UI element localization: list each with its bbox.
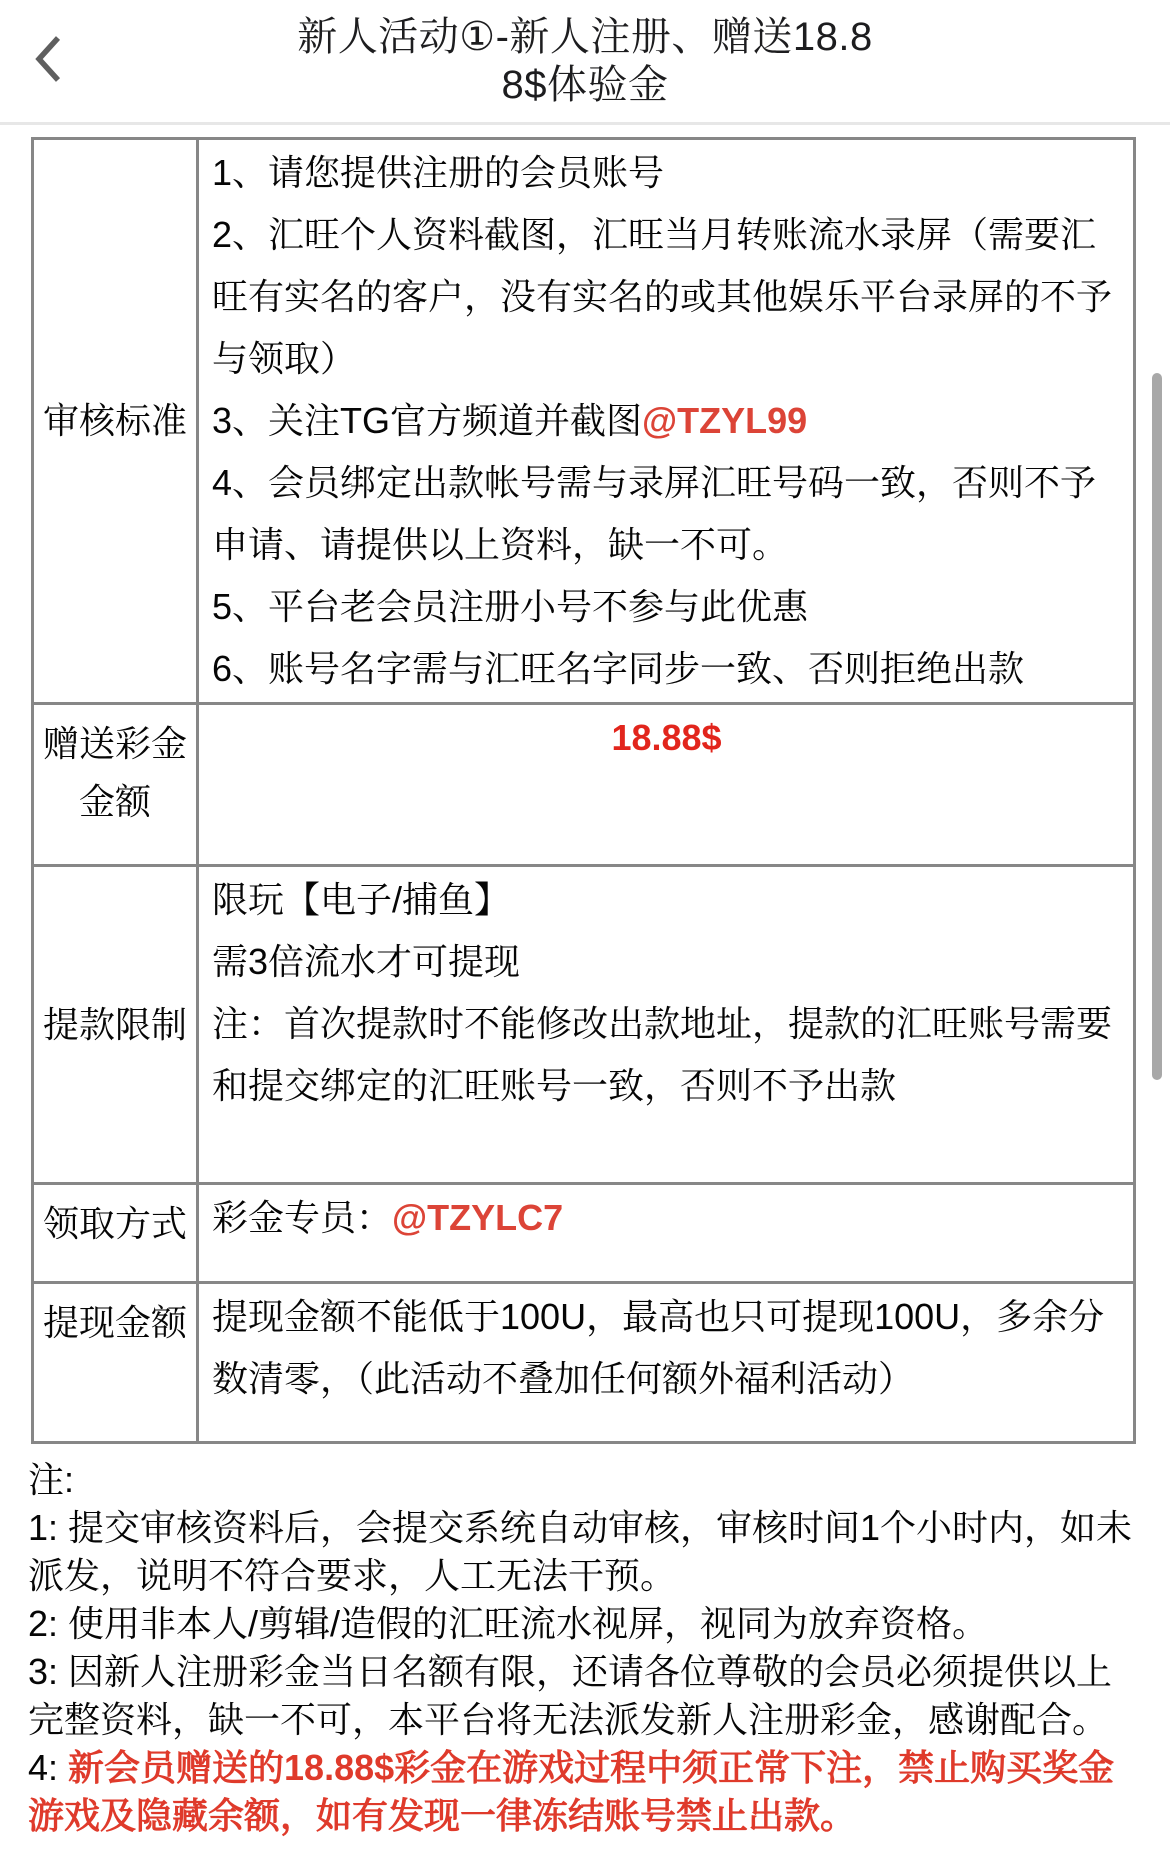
row-label-withdrawal-amount: 提现金额 bbox=[33, 1283, 198, 1443]
note-item-2: 2: 使用非本人/剪辑/造假的汇旺流水视屏，视同为放弃资格。 bbox=[28, 1600, 1140, 1648]
row-label-withdrawal-limit: 提款限制 bbox=[33, 866, 198, 1184]
note-item-4-warning-text: 新会员赠送的18.88$彩金在游戏过程中须正常下注，禁止购买奖金游戏及隐藏余额，… bbox=[28, 1747, 1114, 1836]
bonus-agent-handle-link[interactable]: @TZYLC7 bbox=[392, 1197, 563, 1238]
table-row-review-criteria: 审核标准 1、请您提供注册的会员账号 2、汇旺个人资料截图，汇旺当月转账流水录屏… bbox=[33, 139, 1135, 704]
activity-rules-table: 审核标准 1、请您提供注册的会员账号 2、汇旺个人资料截图，汇旺当月转账流水录屏… bbox=[31, 137, 1136, 1444]
note-item-1: 1: 提交审核资料后，会提交系统自动审核，审核时间1个小时内，如未派发，说明不符… bbox=[28, 1504, 1140, 1600]
note-item-4: 4: 新会员赠送的18.88$彩金在游戏过程中须正常下注，禁止购买奖金游戏及隐藏… bbox=[28, 1744, 1140, 1840]
criteria-item-6: 6、账号名字需与汇旺名字同步一致、否则拒绝出款 bbox=[212, 638, 1121, 700]
criteria-item-3-text: 3、关注TG官方频道并截图 bbox=[212, 400, 642, 441]
page-title-line-1: 新人活动①-新人注册、赠送18.8 bbox=[297, 15, 873, 59]
withdrawal-amount-text: 提现金额不能低于100U，最高也只可提现100U，多余分数清零，（此活动不叠加任… bbox=[212, 1286, 1121, 1410]
notes-section: 注: 1: 提交审核资料后，会提交系统自动审核，审核时间1个小时内，如未派发，说… bbox=[28, 1456, 1140, 1840]
claim-method-text: 彩金专员： bbox=[212, 1197, 392, 1238]
withdrawal-amount-content: 提现金额不能低于100U，最高也只可提现100U，多余分数清零，（此活动不叠加任… bbox=[198, 1283, 1135, 1443]
note-item-4-prefix: 4: bbox=[28, 1747, 68, 1788]
notes-title: 注: bbox=[28, 1456, 1140, 1504]
row-label-claim-method: 领取方式 bbox=[33, 1184, 198, 1283]
review-criteria-content: 1、请您提供注册的会员账号 2、汇旺个人资料截图，汇旺当月转账流水录屏（需要汇旺… bbox=[198, 139, 1135, 704]
criteria-item-3: 3、关注TG官方频道并截图@TZYL99 bbox=[212, 390, 1121, 452]
page-title-line-2: 8$体验金 bbox=[502, 63, 669, 107]
limit-line-1: 限玩【电子/捕鱼】 bbox=[212, 869, 1121, 931]
table-row-claim-method: 领取方式 彩金专员：@TZYLC7 bbox=[33, 1184, 1135, 1283]
limit-line-2: 需3倍流水才可提现 bbox=[212, 931, 1121, 993]
criteria-item-2: 2、汇旺个人资料截图，汇旺当月转账流水录屏（需要汇旺有实名的客户，没有实名的或其… bbox=[212, 204, 1121, 390]
row-label-bonus-amount: 赠送彩金金额 bbox=[33, 704, 198, 866]
withdrawal-limit-content: 限玩【电子/捕鱼】 需3倍流水才可提现 注：首次提款时不能修改出款地址，提款的汇… bbox=[198, 866, 1135, 1184]
criteria-item-4: 4、会员绑定出款帐号需与录屏汇旺号码一致，否则不予申请、请提供以上资料，缺一不可… bbox=[212, 452, 1121, 576]
row-label-review-criteria: 审核标准 bbox=[33, 139, 198, 704]
back-button[interactable] bbox=[18, 26, 78, 92]
bonus-amount-value: 18.88$ bbox=[198, 704, 1135, 866]
header: 新人活动①-新人注册、赠送18.8 8$体验金 bbox=[0, 0, 1170, 125]
telegram-channel-handle-link[interactable]: @TZYL99 bbox=[642, 400, 807, 441]
page-title: 新人活动①-新人注册、赠送18.8 8$体验金 bbox=[297, 13, 873, 109]
table-row-bonus-amount: 赠送彩金金额 18.88$ bbox=[33, 704, 1135, 866]
criteria-item-5: 5、平台老会员注册小号不参与此优惠 bbox=[212, 576, 1121, 638]
table-row-withdrawal-amount: 提现金额 提现金额不能低于100U，最高也只可提现100U，多余分数清零，（此活… bbox=[33, 1283, 1135, 1443]
chevron-left-icon bbox=[32, 34, 64, 84]
limit-line-3: 注：首次提款时不能修改出款地址，提款的汇旺账号需要和提交绑定的汇旺账号一致，否则… bbox=[212, 993, 1121, 1117]
scrollbar-thumb[interactable] bbox=[1152, 373, 1162, 1080]
claim-method-content: 彩金专员：@TZYLC7 bbox=[198, 1184, 1135, 1283]
activity-detail-screen: 新人活动①-新人注册、赠送18.8 8$体验金 审核标准 1、请您提供注册的会员… bbox=[0, 0, 1170, 1840]
table-row-withdrawal-limit: 提款限制 限玩【电子/捕鱼】 需3倍流水才可提现 注：首次提款时不能修改出款地址… bbox=[33, 866, 1135, 1184]
criteria-item-1: 1、请您提供注册的会员账号 bbox=[212, 142, 1121, 204]
note-item-3: 3: 因新人注册彩金当日名额有限，还请各位尊敬的会员必须提供以上完整资料，缺一不… bbox=[28, 1648, 1140, 1744]
